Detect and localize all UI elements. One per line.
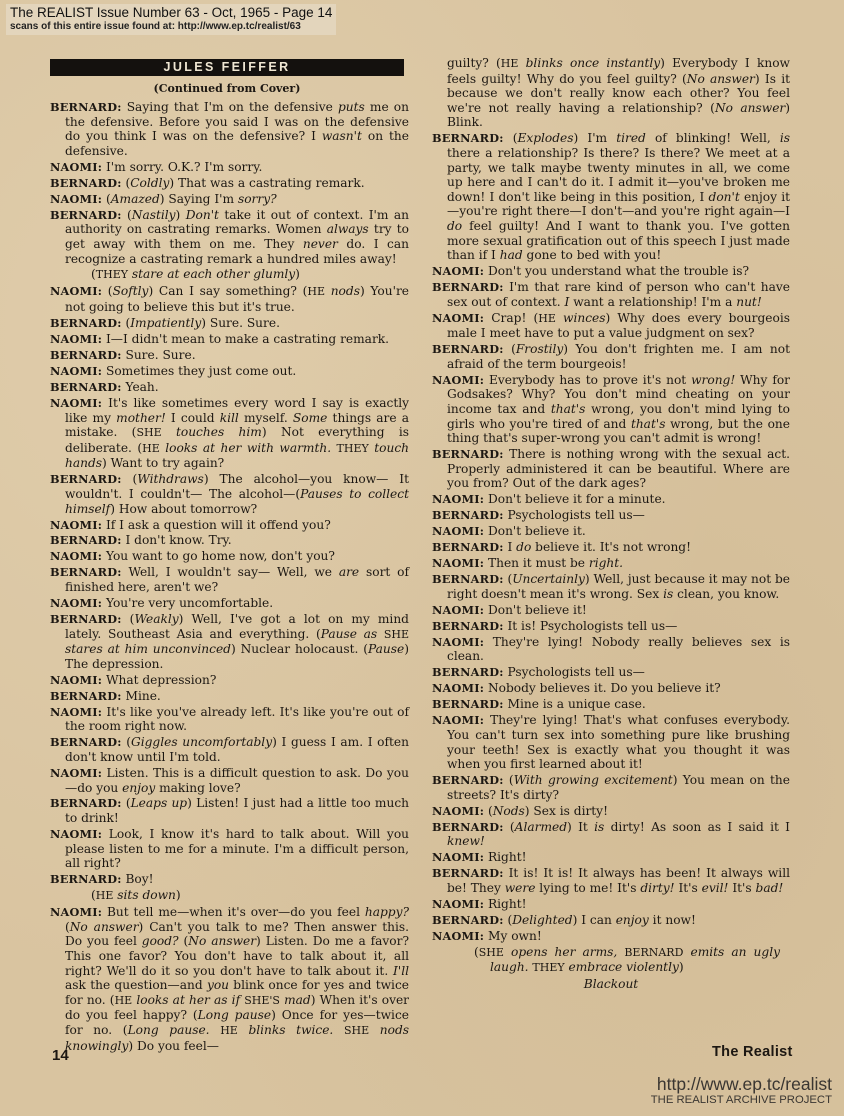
text: ( — [122, 316, 131, 330]
text: I — [504, 540, 517, 554]
dialogue-line: BERNARD: It is! It is! It always has bee… — [432, 866, 790, 895]
text: ) Do you feel— — [128, 1039, 219, 1053]
italic-text: Leaps up — [131, 796, 188, 810]
text: I don't know. Try. — [122, 533, 232, 547]
text: ( — [122, 796, 131, 810]
italic-text: nods — [325, 284, 360, 298]
speaker-name: NAOMI: — [432, 850, 484, 864]
small-caps-name: SHE — [384, 628, 409, 641]
speaker-name: NAOMI: — [432, 897, 484, 911]
italic-text: enjoy — [616, 913, 649, 927]
text: ( — [504, 131, 518, 145]
text: ask the question—and — [65, 978, 207, 992]
italic-text: Frostily — [516, 342, 563, 356]
speaker-name: BERNARD: — [432, 131, 504, 145]
dialogue-line: BERNARD: I don't know. Try. — [50, 533, 409, 548]
speaker-name: BERNARD: — [50, 796, 122, 810]
text: clean, you know. — [673, 587, 779, 601]
speaker-name: NAOMI: — [432, 311, 484, 325]
speaker-name: NAOMI: — [432, 635, 484, 649]
italic-text: good? — [142, 934, 179, 948]
italic-text: is — [780, 131, 790, 145]
text: Look, I know it's hard to talk about. Wi… — [65, 827, 409, 870]
speaker-name: BERNARD: — [432, 665, 504, 679]
italic-text: never — [303, 237, 338, 251]
italic-text: Withdraws — [137, 472, 204, 486]
archive-project-label: THE REALIST ARCHIVE PROJECT — [651, 1094, 832, 1107]
text: I'm sorry. O.K.? I'm sorry. — [102, 160, 262, 174]
text: ) — [295, 267, 300, 281]
dialogue-line: BERNARD: (Weakly) Well, I've got a lot o… — [50, 612, 409, 671]
speaker-name: NAOMI: — [50, 827, 102, 841]
speaker-name: NAOMI: — [432, 492, 484, 506]
dialogue-line: NAOMI: Right! — [432, 897, 790, 912]
dialogue-line: NAOMI: If I ask a question will it offen… — [50, 518, 409, 533]
text: Mine is a unique case. — [504, 697, 646, 711]
dialogue-line: BERNARD: (Frostily) You don't frighten m… — [432, 342, 790, 371]
closing-cue: Blackout — [432, 977, 790, 992]
text: Sure. Sure. — [122, 348, 196, 362]
dialogue-line: BERNARD: (Explodes) I'm tired of blinkin… — [432, 131, 790, 262]
italic-text: looks at her as if — [132, 993, 244, 1007]
speaker-name: BERNARD: — [50, 735, 122, 749]
speaker-name: NAOMI: — [50, 396, 102, 410]
text: Yeah. — [122, 380, 159, 394]
speaker-name: NAOMI: — [432, 264, 484, 278]
dialogue-line: BERNARD: Yeah. — [50, 380, 409, 395]
speaker-name: NAOMI: — [50, 673, 102, 687]
right-column-dialogue: guilty? (HE blinks once instantly) Every… — [432, 56, 790, 992]
italic-text: were — [505, 881, 536, 895]
small-caps-name: SHE — [479, 946, 504, 959]
text: ( — [102, 284, 112, 298]
italic-text: I'll — [393, 964, 409, 978]
small-caps-name: SHE — [136, 426, 161, 439]
text: ( — [122, 612, 135, 626]
italic-text: Pause as — [321, 627, 384, 641]
italic-text: Pause — [368, 642, 404, 656]
dialogue-line: NAOMI: Don't believe it. — [432, 524, 790, 539]
italic-text: do — [516, 540, 531, 554]
italic-text: enjoy — [122, 781, 155, 795]
text: ) I'm — [574, 131, 617, 145]
speaker-name: NAOMI: — [50, 364, 102, 378]
italic-text: bad! — [756, 881, 784, 895]
speaker-name: BERNARD: — [50, 533, 122, 547]
speaker-name: NAOMI: — [432, 929, 484, 943]
speaker-name: BERNARD: — [50, 380, 122, 394]
dialogue-line: NAOMI: My own! — [432, 929, 790, 944]
archive-credit: http://www.ep.tc/realist THE REALIST ARC… — [651, 1075, 832, 1107]
small-caps-name: HE — [115, 994, 133, 1007]
text: ( — [484, 804, 493, 818]
speaker-name: BERNARD: — [50, 565, 122, 579]
italic-text: Delighted — [512, 913, 572, 927]
dialogue-line: NAOMI: Don't believe it! — [432, 603, 790, 618]
italic-text: No answer — [188, 934, 256, 948]
text: ) Saying I'm — [160, 192, 238, 206]
dialogue-line: NAOMI: Listen. This is a difficult quest… — [50, 766, 409, 795]
italic-text: blinks once instantly — [518, 56, 660, 70]
text: It's — [675, 881, 702, 895]
speaker-name: NAOMI: — [50, 549, 102, 563]
dialogue-line: NAOMI: You're very uncomfortable. — [50, 596, 409, 611]
scan-source-link[interactable]: scans of this entire issue found at: htt… — [10, 21, 332, 33]
text: Nobody believes it. Do you believe it? — [484, 681, 721, 695]
magazine-name: The Realist — [712, 1044, 793, 1060]
speaker-name: BERNARD: — [50, 316, 122, 330]
italic-text: Long pause — [198, 1008, 271, 1022]
speaker-name: NAOMI: — [432, 556, 484, 570]
italic-text: No answer — [715, 101, 785, 115]
speaker-name: BERNARD: — [50, 689, 122, 703]
text: ( — [122, 735, 131, 749]
italic-text: Giggles uncomfortably — [131, 735, 272, 749]
speaker-name: BERNARD: — [432, 866, 504, 880]
speaker-name: BERNARD: — [50, 472, 122, 486]
text: They're lying! That's what confuses ever… — [447, 713, 790, 771]
dialogue-line: NAOMI: (Amazed) Saying I'm sorry? — [50, 192, 409, 207]
speaker-name: BERNARD: — [50, 100, 122, 114]
text: It's — [728, 881, 755, 895]
text: Don't believe it. — [484, 524, 586, 538]
text: ( — [122, 208, 132, 222]
italic-text: Weakly — [134, 612, 178, 626]
small-caps-name: HE — [220, 1024, 238, 1037]
dialogue-line: NAOMI: It's like sometimes every word I … — [50, 396, 409, 471]
dialogue-line: BERNARD: Boy! — [50, 872, 409, 887]
speaker-name: NAOMI: — [432, 524, 484, 538]
italic-text: No answer — [70, 920, 139, 934]
dialogue-line: NAOMI: They're lying! That's what confus… — [432, 713, 790, 771]
italic-text: No answer — [687, 72, 755, 86]
speaker-name: BERNARD: — [432, 540, 504, 554]
text: ( — [504, 572, 513, 586]
italic-text: that's — [631, 417, 666, 431]
speaker-name: NAOMI: — [50, 160, 102, 174]
text: ) I can — [573, 913, 616, 927]
text: It's like you've already left. It's like… — [65, 705, 409, 734]
small-caps-name: THEY — [96, 268, 128, 281]
text: Then it must be — [484, 556, 589, 570]
italic-text: that's — [551, 402, 586, 416]
italic-text: right. — [589, 556, 623, 570]
text: of blinking! Well, — [646, 131, 780, 145]
dialogue-line: NAOMI: Then it must be right. — [432, 556, 790, 571]
speaker-name: BERNARD: — [432, 342, 504, 356]
speaker-name: NAOMI: — [50, 332, 102, 346]
text: believe it. It's not wrong! — [531, 540, 691, 554]
italic-text: you — [207, 978, 229, 992]
italic-text: do — [447, 219, 462, 233]
speaker-name: BERNARD: — [50, 348, 122, 362]
speaker-name: NAOMI: — [50, 518, 102, 532]
dialogue-line: NAOMI: Don't you understand what the tro… — [432, 264, 790, 279]
speaker-name: NAOMI: — [432, 681, 484, 695]
text: Don't believe it for a minute. — [484, 492, 665, 506]
text: myself. — [239, 411, 293, 425]
small-caps-name: HE — [142, 442, 160, 455]
text: lying to me! It's — [535, 881, 640, 895]
text: ( — [504, 913, 513, 927]
italic-text: Uncertainly — [512, 572, 585, 586]
italic-text: sits down — [113, 888, 175, 902]
dialogue-line: BERNARD: I do believe it. It's not wrong… — [432, 540, 790, 555]
scan-title: The REALIST Issue Number 63 - Oct, 1965 … — [10, 5, 332, 21]
left-column-dialogue: BERNARD: Saying that I'm on the defensiv… — [50, 100, 409, 1055]
dialogue-line: NAOMI: (Nods) Sex is dirty! — [432, 804, 790, 819]
text: ( — [179, 934, 189, 948]
dialogue-line: NAOMI: But tell me—when it's over—do you… — [50, 905, 409, 1053]
small-caps-name: BERNARD — [624, 946, 683, 959]
italic-text: Explodes — [517, 131, 573, 145]
text: Sometimes they just come out. — [102, 364, 296, 378]
archive-url-link[interactable]: http://www.ep.tc/realist — [651, 1075, 832, 1094]
text: Boy! — [122, 872, 154, 886]
italic-text: are — [339, 565, 359, 579]
italic-text: is — [594, 820, 604, 834]
text: ( — [102, 192, 111, 206]
text: want a relationship! I'm a — [569, 295, 736, 309]
text: Right! — [484, 897, 526, 911]
text: ) Can I say something? ( — [148, 284, 307, 298]
text: It is! Psychologists tell us— — [504, 619, 678, 633]
italic-text: Amazed — [111, 192, 160, 206]
italic-text: With growing excitement — [514, 773, 673, 787]
small-caps-name: SHE — [344, 1024, 369, 1037]
scan-header: The REALIST Issue Number 63 - Oct, 1965 … — [6, 4, 336, 35]
dialogue-line: BERNARD: (Delighted) I can enjoy it now! — [432, 913, 790, 928]
dialogue-line: NAOMI: Right! — [432, 850, 790, 865]
text: They're lying! Nobody really believes se… — [447, 635, 790, 664]
text: I could — [166, 411, 220, 425]
dialogue-line: BERNARD: I'm that rare kind of person wh… — [432, 280, 790, 309]
speaker-name: NAOMI: — [432, 373, 484, 387]
dialogue-line: BERNARD: (Giggles uncomfortably) I guess… — [50, 735, 409, 764]
dialogue-line: BERNARD: (Withdraws) The alcohol—you kno… — [50, 472, 409, 516]
italic-text: Impatiently — [130, 316, 201, 330]
speaker-name: NAOMI: — [50, 705, 102, 719]
text: ( — [122, 176, 131, 190]
dialogue-line: NAOMI: Sometimes they just come out. — [50, 364, 409, 379]
dialogue-line: BERNARD: (Uncertainly) Well, just becaus… — [432, 572, 790, 601]
italic-text: stare at each other glumly — [128, 267, 295, 281]
text: ( — [122, 472, 138, 486]
small-caps-name: HE — [501, 57, 519, 70]
speaker-name: BERNARD: — [432, 773, 504, 787]
italic-text: mother! — [116, 411, 166, 425]
text: ) That was a castrating remark. — [169, 176, 364, 190]
dialogue-line: BERNARD: Well, I wouldn't say— Well, we … — [50, 565, 409, 594]
text: ( — [504, 820, 515, 834]
dialogue-line: BERNARD: (With growing excitement) You m… — [432, 773, 790, 802]
text: making love? — [155, 781, 240, 795]
text: But tell me—when it's over—do you feel — [102, 905, 365, 919]
speaker-name: NAOMI: — [432, 804, 484, 818]
italic-text: winces — [556, 311, 606, 325]
text: Don't believe it! — [484, 603, 587, 617]
text: Everybody has to prove it's not — [484, 373, 691, 387]
italic-text: dirty! — [640, 881, 674, 895]
text: ) Sex is dirty! — [525, 804, 608, 818]
dialogue-line: BERNARD: It is! Psychologists tell us— — [432, 619, 790, 634]
speaker-name: NAOMI: — [50, 766, 102, 780]
italic-text: sorry? — [238, 192, 277, 206]
speaker-name: BERNARD: — [432, 619, 504, 633]
italic-text: Alarmed — [515, 820, 567, 834]
dialogue-line: BERNARD: Saying that I'm on the defensiv… — [50, 100, 409, 158]
text: guilty? ( — [447, 56, 501, 70]
author-banner: JULES FEIFFER — [50, 59, 404, 76]
text: Crap! ( — [484, 311, 538, 325]
small-caps-name: HE — [307, 285, 325, 298]
text: dirty! As soon as I said it I — [604, 820, 790, 834]
italic-text: evil! — [702, 881, 729, 895]
text: ) — [176, 888, 181, 902]
italic-text: knew! — [447, 834, 485, 848]
dialogue-line: NAOMI: I'm sorry. O.K.? I'm sorry. — [50, 160, 409, 175]
italic-text: touches him — [162, 425, 262, 439]
dialogue-line: BERNARD: (Leaps up) Listen! I just had a… — [50, 796, 409, 825]
text: it now! — [649, 913, 696, 927]
small-caps-name: THEY — [337, 442, 369, 455]
dialogue-line: NAOMI: It's like you've already left. It… — [50, 705, 409, 734]
dialogue-line: NAOMI: They're lying! Nobody really beli… — [432, 635, 790, 664]
dialogue-line: NAOMI: I—I didn't mean to make a castrat… — [50, 332, 409, 347]
text: gone to bed with you! — [523, 248, 662, 262]
italic-text: Coldly — [130, 176, 169, 190]
dialogue-line: BERNARD: (Coldly) That was a castrating … — [50, 176, 409, 191]
italic-text: looks at her with warmth. — [160, 441, 337, 455]
dialogue-line: NAOMI: (Softly) Can I say something? (HE… — [50, 284, 409, 314]
dialogue-line: BERNARD: (Impatiently) Sure. Sure. — [50, 316, 409, 331]
dialogue-line: BERNARD: Mine is a unique case. — [432, 697, 790, 712]
stage-direction: (SHE opens her arms, BERNARD emits an ug… — [432, 945, 790, 976]
text: ) — [176, 208, 186, 222]
text: ) Nuclear holocaust. ( — [231, 642, 368, 656]
text: If I ask a question will it offend you? — [102, 518, 331, 532]
text: ) Sure. Sure. — [201, 316, 280, 330]
dialogue-line: BERNARD: Psychologists tell us— — [432, 665, 790, 680]
italic-text: wrong! — [691, 373, 735, 387]
italic-text: Long pause. — [128, 1023, 221, 1037]
small-caps-name: SHE'S — [244, 994, 280, 1007]
italic-text: Nastily — [132, 208, 176, 222]
stage-direction: (HE sits down) — [50, 888, 409, 904]
dialogue-line: BERNARD: (Nastily) Don't take it out of … — [50, 208, 409, 266]
italic-text: is — [663, 587, 673, 601]
dialogue-line: BERNARD: Psychologists tell us— — [432, 508, 790, 523]
speaker-name: BERNARD: — [50, 208, 122, 222]
italic-text: don't — [709, 190, 740, 204]
italic-text: Nods — [493, 804, 525, 818]
speaker-name: BERNARD: — [50, 612, 122, 626]
dialogue-line: NAOMI: Everybody has to prove it's not w… — [432, 373, 790, 446]
italic-text: Don't — [186, 208, 219, 222]
text: Right! — [484, 850, 526, 864]
text: Don't you understand what the trouble is… — [484, 264, 749, 278]
italic-text: wasn't — [322, 129, 362, 143]
italic-text: puts — [338, 100, 365, 114]
speaker-name: BERNARD: — [50, 176, 122, 190]
text: Mine. — [122, 689, 161, 703]
speaker-name: BERNARD: — [432, 447, 504, 461]
text: Psychologists tell us— — [504, 508, 645, 522]
italic-text: stares at him unconvinced — [65, 642, 231, 656]
dialogue-line: NAOMI: Don't believe it for a minute. — [432, 492, 790, 507]
speaker-name: BERNARD: — [432, 280, 504, 294]
italic-text: always — [327, 222, 369, 236]
dialogue-line: NAOMI: Nobody believes it. Do you believ… — [432, 681, 790, 696]
dialogue-line: NAOMI: Look, I know it's hard to talk ab… — [50, 827, 409, 871]
text: ) Want to try again? — [102, 456, 224, 470]
italic-text: Softly — [113, 284, 149, 298]
italic-text: had — [500, 248, 523, 262]
text: You want to go home now, don't you? — [102, 549, 335, 563]
speaker-name: NAOMI: — [432, 603, 484, 617]
page-number: 14 — [52, 1047, 69, 1064]
dialogue-line: NAOMI: You want to go home now, don't yo… — [50, 549, 409, 564]
text: ) — [679, 960, 684, 974]
speaker-name: NAOMI: — [432, 713, 484, 727]
speaker-name: NAOMI: — [50, 596, 102, 610]
italic-text: tired — [616, 131, 646, 145]
speaker-name: BERNARD: — [432, 697, 504, 711]
speaker-name: NAOMI: — [50, 284, 102, 298]
speaker-name: NAOMI: — [50, 192, 102, 206]
text: What depression? — [102, 673, 216, 687]
small-caps-name: HE — [538, 312, 556, 325]
speaker-name: BERNARD: — [432, 913, 504, 927]
dialogue-line: BERNARD: There is nothing wrong with the… — [432, 447, 790, 491]
italic-text: Some — [293, 411, 327, 425]
text: You're very uncomfortable. — [102, 596, 273, 610]
italic-text: kill — [220, 411, 239, 425]
text: Psychologists tell us— — [504, 665, 645, 679]
text: ) It — [567, 820, 594, 834]
speaker-name: BERNARD: — [432, 572, 504, 586]
speaker-name: BERNARD: — [432, 508, 504, 522]
text: My own! — [484, 929, 542, 943]
dialogue-continuation: guilty? (HE blinks once instantly) Every… — [432, 56, 790, 130]
speaker-name: NAOMI: — [50, 905, 102, 919]
dialogue-line: BERNARD: Mine. — [50, 689, 409, 704]
small-caps-name: THEY — [532, 961, 564, 974]
italic-text: embrace violently — [565, 960, 679, 974]
text: ) How about tomorrow? — [110, 502, 257, 516]
small-caps-name: HE — [96, 889, 114, 902]
dialogue-line: BERNARD: (Alarmed) It is dirty! As soon … — [432, 820, 790, 849]
text: Well, I wouldn't say— Well, we — [122, 565, 339, 579]
speaker-name: BERNARD: — [50, 872, 122, 886]
text: ( — [504, 773, 514, 787]
italic-text: opens her arms, — [504, 945, 624, 959]
text: I—I didn't mean to make a castrating rem… — [102, 332, 389, 346]
text: Saying that I'm on the defensive — [122, 100, 338, 114]
dialogue-line: NAOMI: Crap! (HE winces) Why does every … — [432, 311, 790, 341]
stage-direction: (THEY stare at each other glumly) — [50, 267, 409, 283]
italic-text: happy? — [365, 905, 409, 919]
italic-text: mad — [280, 993, 311, 1007]
italic-text: blinks twice. — [238, 1023, 344, 1037]
text: Blackout — [584, 977, 638, 991]
dialogue-line: NAOMI: What depression? — [50, 673, 409, 688]
speaker-name: BERNARD: — [432, 820, 504, 834]
continued-note: (Continued from Cover) — [50, 82, 404, 95]
italic-text: nut! — [736, 295, 762, 309]
dialogue-line: BERNARD: Sure. Sure. — [50, 348, 409, 363]
text: ( — [504, 342, 516, 356]
